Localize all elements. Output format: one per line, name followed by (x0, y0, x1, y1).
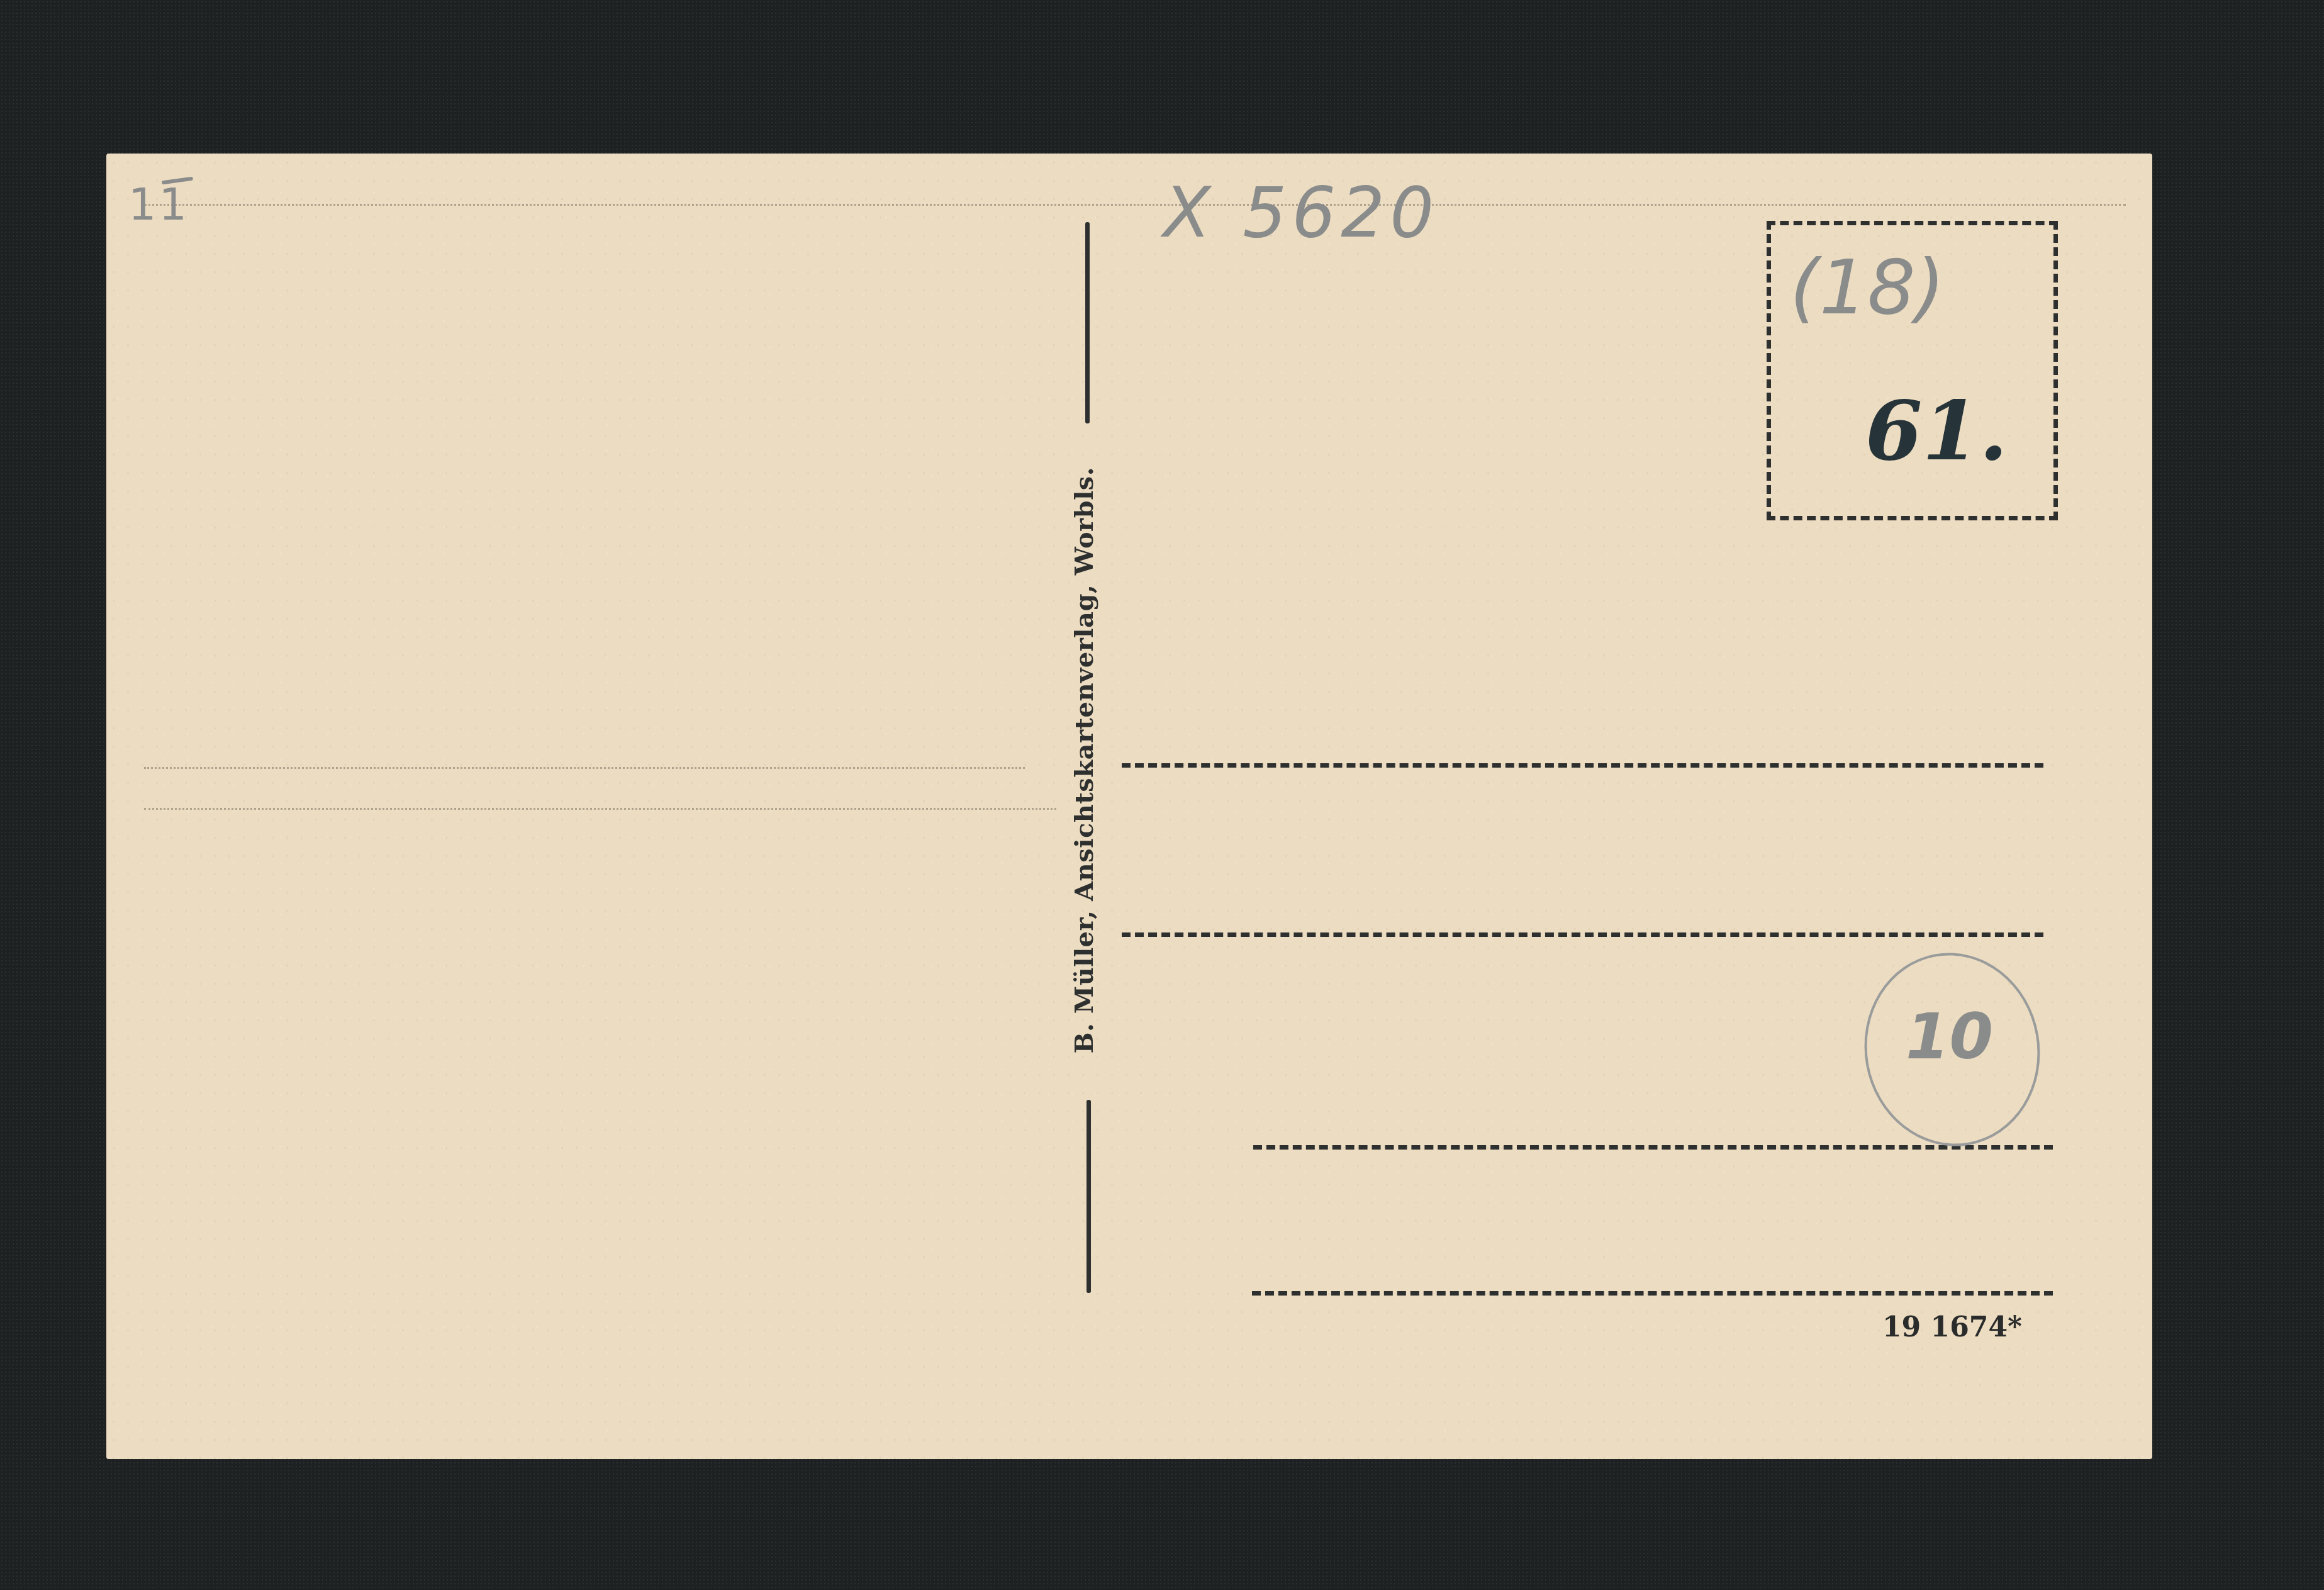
pencil-note-catalog: X 5620 (1163, 172, 1439, 253)
divider-rule-top (1085, 222, 1090, 423)
stamp-box-pencil-note: (18) (1790, 244, 1945, 332)
offset-marks-top (144, 204, 2126, 206)
address-line-3 (1253, 1145, 2053, 1150)
postcard-back: 11 X 5620 B. Müller, Ansichtskartenverla… (106, 154, 2152, 1459)
offset-marks-mid (144, 767, 1025, 769)
offset-marks-mid-2 (144, 808, 1056, 810)
address-line-1 (1122, 763, 2043, 768)
pencil-note-circled: 10 (1906, 1000, 1993, 1073)
address-line-4 (1252, 1291, 2053, 1296)
stamp-box: (18) 61. (1767, 221, 2058, 520)
address-line-2 (1122, 932, 2043, 937)
print-number: 19 1674* (1882, 1311, 2022, 1343)
divider-rule-bottom (1087, 1100, 1091, 1293)
stamp-box-ink-note: 61. (1865, 383, 2008, 479)
pencil-note-top-left: 11 (128, 179, 189, 230)
